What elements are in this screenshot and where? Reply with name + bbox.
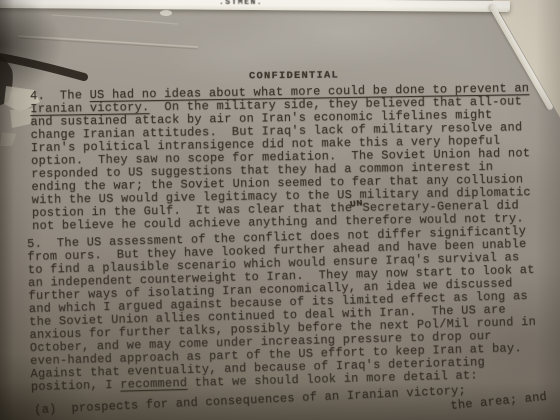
paragraph-4: 4. The US had no ideas about what more c…: [30, 82, 531, 233]
paper-speck: [160, 10, 172, 16]
document-photo: .STMEN. CONFIDENTIAL 4. The US had no id…: [0, 0, 560, 420]
paper-crease-line: [18, 36, 198, 47]
classification-header: CONFIDENTIAL: [249, 70, 339, 83]
paper-crease-line: [52, 15, 178, 24]
torn-paper-patch: [0, 132, 16, 146]
handwritten-insertion: UN: [349, 196, 364, 210]
para5-underlined-word: recommend: [120, 376, 187, 392]
paper-crease-shadow: [18, 38, 198, 49]
paragraph-5: 5. The US assessment of the conflict doe…: [27, 225, 538, 394]
letterhead-fragment: .STMEN.: [219, 0, 263, 7]
